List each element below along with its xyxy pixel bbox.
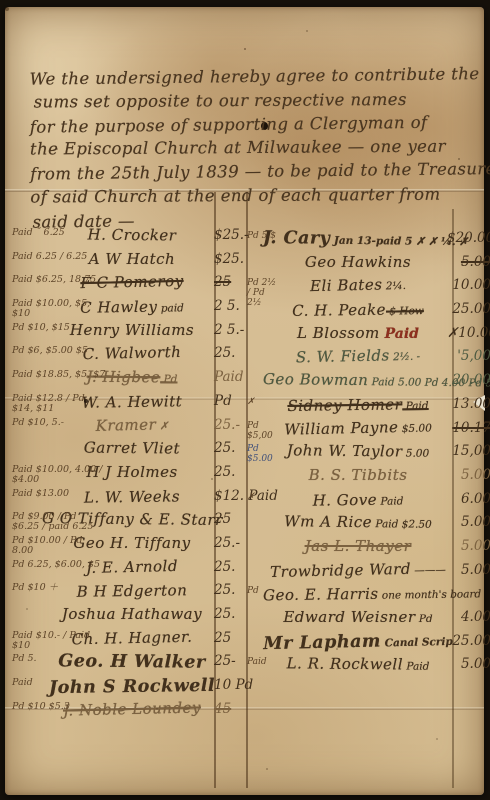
amount: $25.- <box>214 227 250 243</box>
subscription-row: Pd 5.Geo. H Walker25- <box>12 652 249 676</box>
subscription-row: Pd $10, $15Henry Williams2 5.- <box>12 321 249 345</box>
margin-payment-note: Paid $18.85, $5, $7 <box>12 370 106 380</box>
subscription-row: Pd $5.00John W. Taylor 5.0015,00 <box>247 442 490 466</box>
amount: 4.00 <box>447 609 490 625</box>
subscriber-name: Geo Bowman Paid 5.00 Pd 4.00 Pd 5.00 <box>263 370 453 390</box>
margin-payment-note: Pd $5,00 <box>247 421 279 441</box>
margin-payment-note: Pd $9.00 / Pd $6.25 / paid 6.25 <box>12 512 106 532</box>
subscriber-name: John W. Taylor 5.00 <box>263 441 453 461</box>
margin-payment-note: Paid $13.00 <box>12 489 106 499</box>
subscription-row: Pd $10, 5.-Kramer ✗25.- <box>12 416 249 440</box>
subscription-row: B. S. Tibbits5.00 <box>247 466 490 490</box>
subscription-row: Wm A Rice Paid $2.505.00 <box>247 513 490 537</box>
amount: '5,00 <box>447 348 490 364</box>
subscription-row: Pd $6, $5.00 $5C. Walworth25. <box>12 344 249 368</box>
amount: 5.00 <box>447 467 490 483</box>
amount: 5.00 <box>447 562 490 578</box>
margin-payment-note: Paid $12.8 / Pd $14, $11 <box>12 394 106 414</box>
right-subscriber-column: Pd 5 $J. Cary Jan 13-paid 5 ✗ ✗ ¼. ✗$20.… <box>247 229 490 679</box>
subscriber-name: L. R. Rockwell Paid <box>263 654 453 674</box>
subscription-row: Pd 2½ / Pd 2½Eli Bates 2¼.10.00 <box>247 276 490 300</box>
subscriber-name: Geo Hawkins <box>263 253 453 271</box>
margin-payment-note: Pd $10 $5.3 <box>12 702 106 712</box>
subscription-row: Pd 5 $J. Cary Jan 13-paid 5 ✗ ✗ ¼. ✗$20.… <box>247 229 490 253</box>
margin-payment-note: Paid <box>12 678 106 688</box>
payment-note: 2¼. <box>382 280 406 293</box>
amount: 5.00 <box>447 514 490 530</box>
subscription-row: Paid $6.25, 18.75F C Pomeroy25 <box>12 273 249 297</box>
amount: 6.00 <box>447 491 490 507</box>
subscription-row: Pd $5,00William Payne $5.0010.17 <box>247 419 490 443</box>
subscriber-name: William Payne $5.00 <box>263 416 453 438</box>
amount: 25. <box>214 464 250 480</box>
payment-note: ✗ <box>156 420 168 432</box>
payment-note: Paid <box>403 661 429 673</box>
margin-payment-note: Paid $6.25, 18.75 <box>12 275 106 285</box>
amount: 45 <box>214 701 250 717</box>
margin-payment-note: Paid $10.00, $5, $10 <box>12 299 106 319</box>
payment-note: ——— <box>411 564 446 577</box>
subscription-row: PdGeo. E. Harris one month's board <box>247 584 490 608</box>
margin-payment-note: Pd $5.00 <box>247 444 279 464</box>
amount: 25 <box>214 630 250 646</box>
subscription-row: Mr Lapham Canal Scrip25.00 <box>247 632 490 656</box>
subscriber-name: Jas L. Thayer <box>263 537 453 555</box>
amount: 10 Pd <box>214 677 250 693</box>
payment-note: one month's board <box>378 589 481 602</box>
amount: 2 5.- <box>214 322 250 338</box>
subscription-row: Paid $13.00L. W. Weeks$12. Paid <box>12 487 249 511</box>
subscription-row: L Blossom Paid✗10.00 <box>247 324 490 348</box>
subscriber-name: L Blossom Paid <box>263 324 453 342</box>
amount: Paid <box>214 369 250 385</box>
subscriber-name: H. Gove Paid <box>263 489 453 510</box>
subscription-row: Paid 6.25 / 6.25A W Hatch$25. <box>12 250 249 274</box>
amount: 10.17 <box>447 420 490 436</box>
payment-note: $5.00 <box>398 422 432 435</box>
subscription-row: Pd $10 ＋B H Edgerton25. <box>12 581 249 605</box>
amount: $20.00 <box>447 230 490 246</box>
subscriber-name: Edward Weisner Pd <box>263 608 453 626</box>
amount: $25. <box>214 251 250 267</box>
amount: 13.00 <box>447 396 490 412</box>
subscriber-name: Mr Lapham Canal Scrip <box>263 630 453 654</box>
subscriber-name: C. H. Peake $ How <box>263 300 453 321</box>
amount: 15,00 <box>447 443 490 459</box>
payment-note: Paid $2.50 <box>372 518 432 531</box>
subscription-row: Edward Weisner Pd4.00 <box>247 608 490 632</box>
subscriber-name: Sidney Homer Paid <box>263 394 453 415</box>
header-line: for the purpose of supporting a Clergyma… <box>30 110 466 139</box>
payment-note: Paid <box>377 495 403 507</box>
margin-payment-note: Pd 5 $ <box>247 231 279 241</box>
margin-payment-note: Paid 6.25 / 6.25 <box>12 252 106 262</box>
subscription-row: Pd 6.25, $6.00, $5J. E. Arnold25. <box>12 558 249 582</box>
margin-payment-note: Pd <box>247 586 279 596</box>
payment-note: 5.00 <box>402 448 429 460</box>
subscription-row: ✗H. Gove Paid6.00 <box>247 490 490 514</box>
subscription-row: ✗Sidney Homer Paid13.00 <box>247 395 490 419</box>
subscription-row: Trowbridge Ward ———5.00 <box>247 561 490 585</box>
payment-note: Paid <box>380 326 419 342</box>
subscription-row: Geo Hawkins5.00 <box>247 253 490 277</box>
subscriber-name: Garret Vliet <box>42 438 222 458</box>
margin-payment-note: ✗ <box>247 492 279 502</box>
amount: 2 5. <box>214 298 250 314</box>
subscription-row: PaidL. R. Rockwell Paid5.00 <box>247 655 490 679</box>
subscriber-name: Wm A Rice Paid $2.50 <box>263 512 453 532</box>
payment-note: $ How <box>386 305 424 318</box>
subscriber-name: Geo. E. Harris one month's board <box>263 584 453 605</box>
subscriber-name: Eli Bates 2¼. <box>263 274 453 296</box>
amount: 25.- <box>214 535 250 551</box>
payment-note: Paid <box>402 400 428 412</box>
subscription-row: Joshua Hathaway25. <box>12 605 249 629</box>
amount: 25. <box>214 440 250 456</box>
amount: 25.- <box>214 417 250 433</box>
amount: 25. <box>214 606 250 622</box>
subscriber-name: B. S. Tibbits <box>263 466 453 484</box>
margin-payment-note: Paid ˝ 6.25 <box>12 228 106 238</box>
subscription-row: Pd $10.00 / Pd 8.00Geo H. Tiffany25.- <box>12 534 249 558</box>
amount: 20.00 <box>447 372 490 388</box>
amount: 5.00 <box>447 254 490 270</box>
subscriber-name: Joshua Hathaway <box>42 605 222 623</box>
margin-payment-note: Pd $6, $5.00 $5 <box>12 346 106 356</box>
subscriber-name: S. W. Fields 2½. - <box>263 345 453 367</box>
amount: 25.00 <box>447 301 490 317</box>
margin-payment-note: Paid $10.- / Paid $10 <box>12 631 106 651</box>
payment-note: Pd <box>416 613 433 625</box>
subscription-row: Geo Bowman Paid 5.00 Pd 4.00 Pd 5.0020.0… <box>247 371 490 395</box>
subscription-row: Paid $10.00, 4.00 / $4.00H J Holmes25. <box>12 463 249 487</box>
margin-payment-note: Pd $10.00 / Pd 8.00 <box>12 536 106 556</box>
subscriber-name: Trowbridge Ward ——— <box>263 558 453 580</box>
payment-note: paid <box>157 302 184 314</box>
margin-payment-note: Paid <box>247 657 279 667</box>
subscription-row: C. H. Peake $ How25.00 <box>247 300 490 324</box>
subscription-row: PaidJohn S Rockwell10 Pd <box>12 676 249 700</box>
amount: ✗10.00 <box>447 325 490 341</box>
left-subscriber-column: Paid ˝ 6.25H. Crocker$25.-Paid 6.25 / 6.… <box>12 226 249 723</box>
amount: 10.00 <box>447 277 490 293</box>
subscription-row: Paid ˝ 6.25H. Crocker$25.- <box>12 226 249 250</box>
margin-payment-note: Pd $10, 5.- <box>12 418 106 428</box>
subscription-row: Paid $12.8 / Pd $14, $11W. A. HewittPd <box>12 392 249 416</box>
margin-payment-note: Pd 2½ / Pd 2½ <box>247 278 279 308</box>
margin-payment-note: Pd $10, $15 <box>12 323 106 333</box>
subscription-row: Paid $10.- / Paid $10Ch. H. Hagner.25 <box>12 629 249 653</box>
amount: 25. <box>214 559 250 575</box>
margin-payment-note: Paid $10.00, 4.00 / $4.00 <box>12 465 106 485</box>
amount: 5.00 <box>447 656 490 672</box>
amount: 25 <box>214 274 250 290</box>
subscription-row: Pd $9.00 / Pd $6.25 / paid 6.25G O Tiffa… <box>12 510 249 534</box>
subscription-row: S. W. Fields 2½. -'5,00 <box>247 347 490 371</box>
margin-payment-note: ✗ <box>247 397 279 407</box>
subscription-row: Jas L. Thayer5.00 <box>247 537 490 561</box>
header-line: sums set opposite to our respective name… <box>30 87 466 114</box>
subscription-row: Paid $18.85, $5, $7J. Higbee PdPaid <box>12 368 249 392</box>
subscription-row: Garret Vliet25. <box>12 439 249 463</box>
margin-payment-note: Pd 5. <box>12 654 106 664</box>
header-paragraph: We the undersigned hereby agree to contr… <box>29 63 466 233</box>
amount: 25. <box>214 345 250 361</box>
amount: 25.00 <box>447 633 490 649</box>
margin-payment-note: Pd $10 ＋ <box>12 583 106 593</box>
subscriber-name: J. Cary Jan 13-paid 5 ✗ ✗ ¼. ✗ <box>263 228 453 250</box>
amount: 25. <box>214 582 250 598</box>
manuscript-paper: We the undersigned hereby agree to contr… <box>5 7 484 795</box>
amount: 5.00 <box>447 538 490 554</box>
subscription-row: Paid $10.00, $5, $10C Hawley paid2 5. <box>12 297 249 321</box>
amount: 25- <box>214 653 250 669</box>
amount: Pd <box>214 393 250 409</box>
margin-payment-note: Pd 6.25, $6.00, $5 <box>12 560 106 570</box>
payment-note: Canal Scrip <box>381 636 453 650</box>
amount: 25 <box>214 511 250 527</box>
payment-note: 2½. - <box>390 351 421 364</box>
amount: $12. Paid <box>214 488 250 504</box>
payment-note: Pd <box>160 373 177 385</box>
subscription-row: Pd $10 $5.3J. Noble Loundey45 <box>12 700 249 724</box>
